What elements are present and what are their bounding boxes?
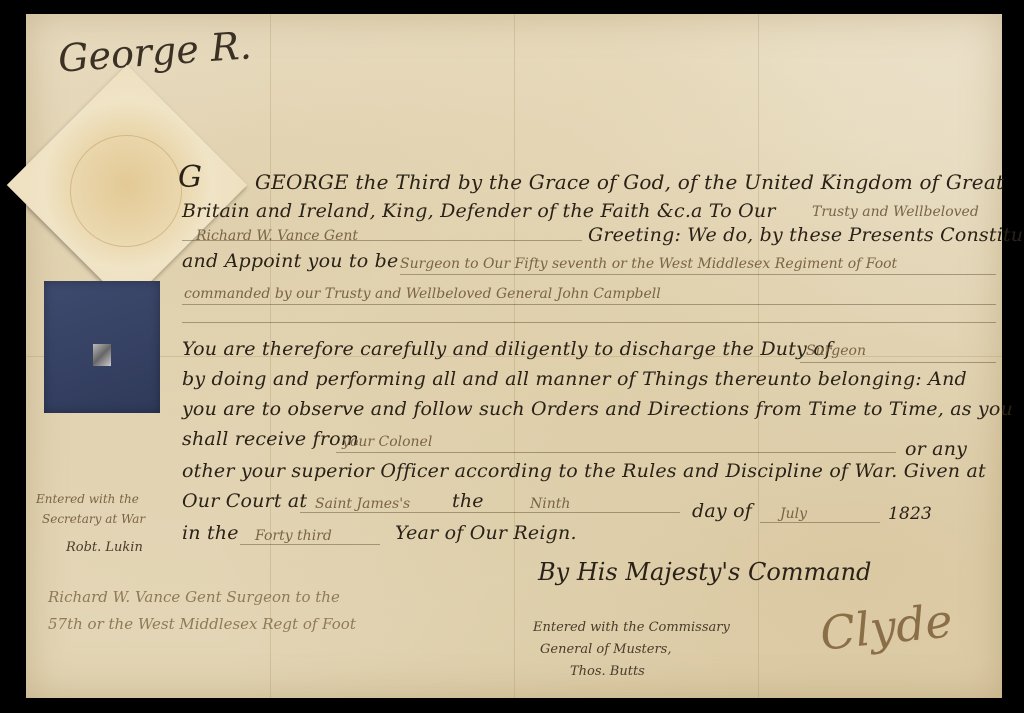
rule [240, 544, 380, 545]
endorsement-line-1: Richard W. Vance Gent Surgeon to the [48, 588, 340, 606]
command-line: By His Majesty's Command [538, 558, 871, 586]
month-value: July [780, 506, 807, 522]
the-label: the [452, 490, 484, 512]
body-line-9: shall receive from [182, 428, 359, 450]
court-place: Saint James's [315, 496, 410, 512]
rule [182, 322, 996, 323]
body-line-8: you are to observe and follow such Order… [182, 398, 1013, 420]
commander-line: commanded by our Trusty and Wellbeloved … [184, 286, 661, 302]
body-line-9-end: or any [905, 438, 967, 460]
rule [800, 362, 996, 363]
rule [400, 274, 996, 275]
body-line-7: by doing and performing all and all mann… [182, 368, 967, 390]
initial-capital-g: G [178, 160, 202, 195]
muster-note-2: General of Musters, [540, 642, 671, 657]
body-line-4: and Appoint you to be [182, 250, 398, 272]
appointment-regiment: Surgeon to Our Fifty seventh or the West… [400, 256, 897, 272]
reign-year: Forty third [255, 528, 332, 544]
rule [336, 452, 896, 453]
appointee-name: Richard W. Vance Gent [196, 228, 358, 244]
rule [300, 512, 680, 513]
secretary-note-2: Secretary at War [42, 512, 145, 526]
reign-label-end: Year of Our Reign. [395, 522, 577, 544]
body-line-6: You are therefore carefully and diligent… [182, 338, 832, 360]
muster-signature: Thos. Butts [570, 664, 645, 679]
secretary-note-1: Entered with the [36, 492, 139, 506]
day-of-label: day of [692, 500, 752, 522]
reign-label: in the [182, 522, 239, 544]
muster-note-1: Entered with the Commissary [533, 620, 730, 635]
endorsement-line-2: 57th or the West Middlesex Regt of Foot [48, 615, 356, 633]
orders-from: your Colonel [342, 434, 432, 450]
year-value: 1823 [888, 504, 932, 524]
body-line-10: other your superior Officer according to… [182, 460, 986, 482]
body-line-2: Britain and Ireland, King, Defender of t… [182, 200, 776, 222]
rule [760, 522, 880, 523]
rule [182, 240, 582, 241]
foil-patch [93, 344, 111, 366]
court-label: Our Court at [182, 490, 307, 512]
body-line-1: GEORGE the Third by the Grace of God, of… [255, 170, 1004, 194]
addressee-salutation: Trusty and Wellbeloved [812, 204, 979, 220]
duty-title: Surgeon [806, 343, 866, 359]
body-line-3: Greeting: We do, by these Presents Const… [588, 224, 1024, 246]
secretary-signature: Robt. Lukin [66, 540, 143, 555]
day-value: Ninth [530, 496, 570, 512]
seal-emboss [70, 135, 182, 247]
rule [182, 304, 996, 305]
